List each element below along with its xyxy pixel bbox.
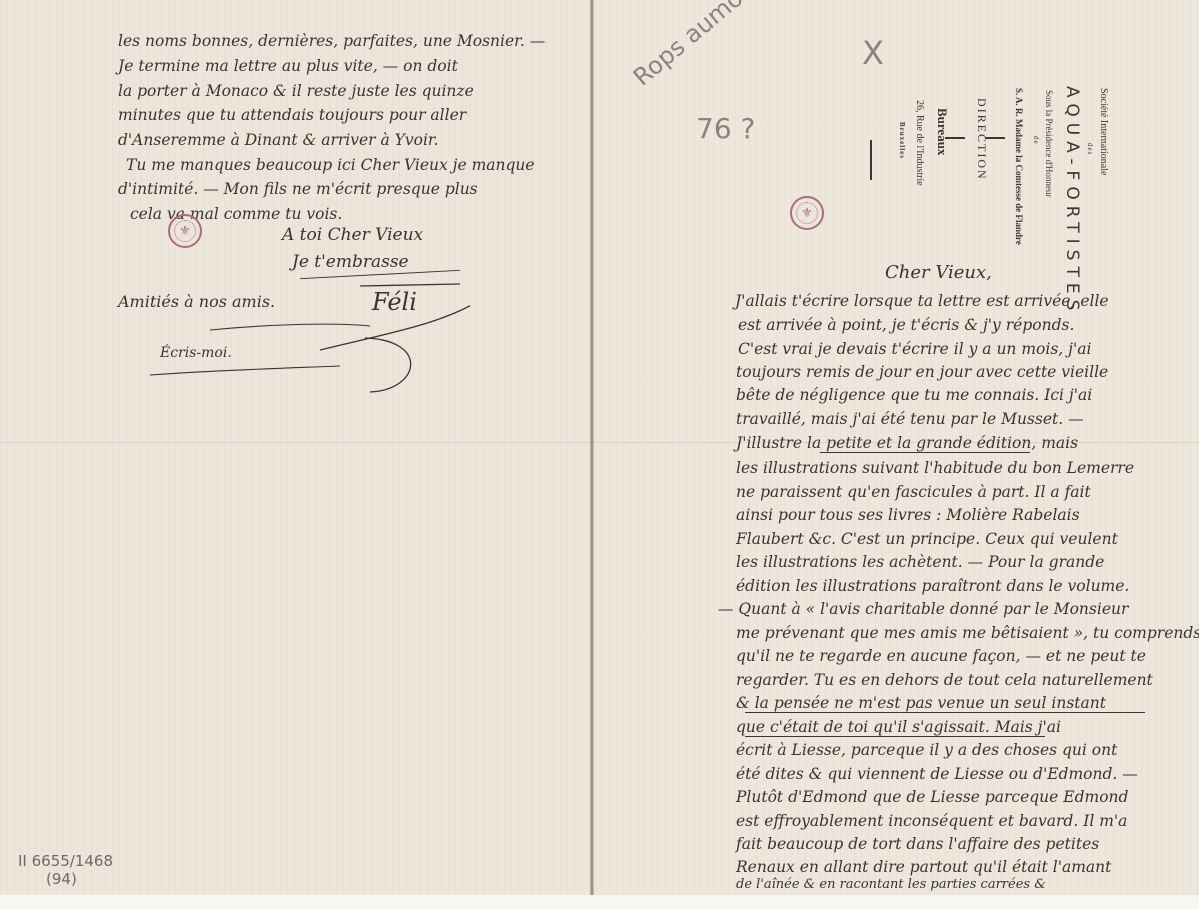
letter-line: édition les illustrations paraîtront dan… [736, 577, 1129, 595]
underline-you [745, 736, 1045, 737]
letterhead-title: AQUA-FORTISTES [1062, 86, 1082, 316]
letterhead-society: Société Internationale [1098, 88, 1109, 175]
letter-line: les illustrations les achètent. — Pour l… [736, 553, 1104, 571]
library-stamp-right: ⚜ [790, 196, 824, 230]
archive-catalog-mark: II 6655/1468 (94) [18, 852, 113, 888]
letter-line: écrit à Liesse, parceque il y a des chos… [736, 741, 1117, 759]
shelf-mark: II 6655/1468 [18, 852, 113, 870]
letter-line: me prévenant que mes amis me bêtisaient … [736, 624, 1199, 642]
letter-line: Renaux en allant dire partout qu'il étai… [736, 858, 1111, 876]
letter-line: C'est vrai je devais t'écrire il y a un … [738, 340, 1091, 358]
letter-line: & la pensée ne m'est pas venue un seul i… [736, 694, 1106, 712]
letter-line: est effroyablement inconséquent et bavar… [736, 812, 1127, 830]
letterhead-de: de [1032, 136, 1040, 145]
letter-line: fait beaucoup de tort dans l'affaire des… [736, 835, 1099, 853]
letterhead-presidence: Sous la Présidence d'Honneur [1044, 90, 1054, 197]
letter-line: d'intimité. — Mon fils ne m'écrit presqu… [118, 180, 478, 198]
signature-flourish [140, 280, 470, 400]
letter-line: Plutôt d'Edmond que de Liesse parceque E… [736, 788, 1128, 806]
letterhead-rule [870, 140, 872, 180]
letter-line: — Quant à « l'avis charitable donné par … [718, 600, 1128, 618]
letter-line: la porter à Monaco & il reste juste les … [118, 82, 474, 100]
letter-line: Tu me manques beaucoup ici Cher Vieux je… [126, 156, 535, 174]
closing-line-1: A toi Cher Vieux [282, 225, 423, 245]
folio-number: (94) [18, 870, 113, 888]
letter-line: J'illustre la petite et la grande éditio… [736, 434, 1078, 452]
letterhead-patron: S. A. R. Madame la Comtesse de Flandre [1014, 88, 1024, 245]
letter-line: Flaubert &c. C'est un principe. Ceux qui… [736, 530, 1118, 548]
letter-line: est arrivée à point, je t'écris & j'y ré… [738, 316, 1074, 334]
pencil-x-mark: X [862, 34, 884, 72]
letter-line: d'Anseremme à Dinant & arriver à Yvoir. [118, 131, 439, 149]
library-stamp-left: ⚜ [168, 214, 202, 248]
letter-line: ne paraissent qu'en fascicules à part. I… [736, 483, 1091, 501]
letter-line: ainsi pour tous ses livres : Molière Rab… [736, 506, 1080, 524]
letter-line: toujours remis de jour en jour avec cett… [736, 363, 1108, 381]
letterhead-direction: DIRECTION [974, 98, 989, 181]
letterhead-address: 26, Rue de l'Industrie [914, 100, 925, 186]
letter-line: J'allais t'écrire lorsque ta lettre est … [735, 292, 1109, 310]
center-fold-crease [590, 0, 594, 909]
letter-line: qu'il ne te regarde en aucune façon, — e… [736, 647, 1146, 665]
letter-line: que c'était de toi qu'il s'agissait. Mai… [736, 718, 1061, 736]
closing-line-2: Je t'embrasse [292, 252, 409, 272]
letterhead-bureaux: Bureaux [934, 108, 950, 155]
letterhead-city: Bruxelles [898, 122, 906, 159]
letter-line: Je termine ma lettre au plus vite, — on … [118, 57, 458, 75]
letter-line: les illustrations suivant l'habitude du … [736, 459, 1134, 477]
letter-line: bête de négligence que tu me connais. Ic… [736, 386, 1092, 404]
letter-line: regarder. Tu es en dehors de tout cela n… [736, 671, 1153, 689]
scan-margin [0, 895, 1199, 909]
letter-line: minutes que tu attendais toujours pour a… [118, 106, 466, 124]
letterhead-des: des [1086, 143, 1094, 155]
letter-line: cela va mal comme tu vois. [130, 205, 342, 223]
salutation: Cher Vieux, [885, 262, 992, 283]
letter-line: de l'aînée & en racontant les parties ca… [736, 876, 1046, 894]
underline-thought [745, 712, 1145, 713]
letter-line: travaillé, mais j'ai été tenu par le Mus… [736, 410, 1084, 428]
underline-editions [820, 452, 1030, 453]
letter-line: les noms bonnes, dernières, parfaites, u… [118, 32, 545, 50]
letterhead: Société Internationale des AQUA-FORTISTE… [850, 88, 1110, 218]
pencil-year: 76 ? [696, 112, 755, 145]
letter-line: été dites & qui viennent de Liesse ou d'… [736, 765, 1138, 783]
